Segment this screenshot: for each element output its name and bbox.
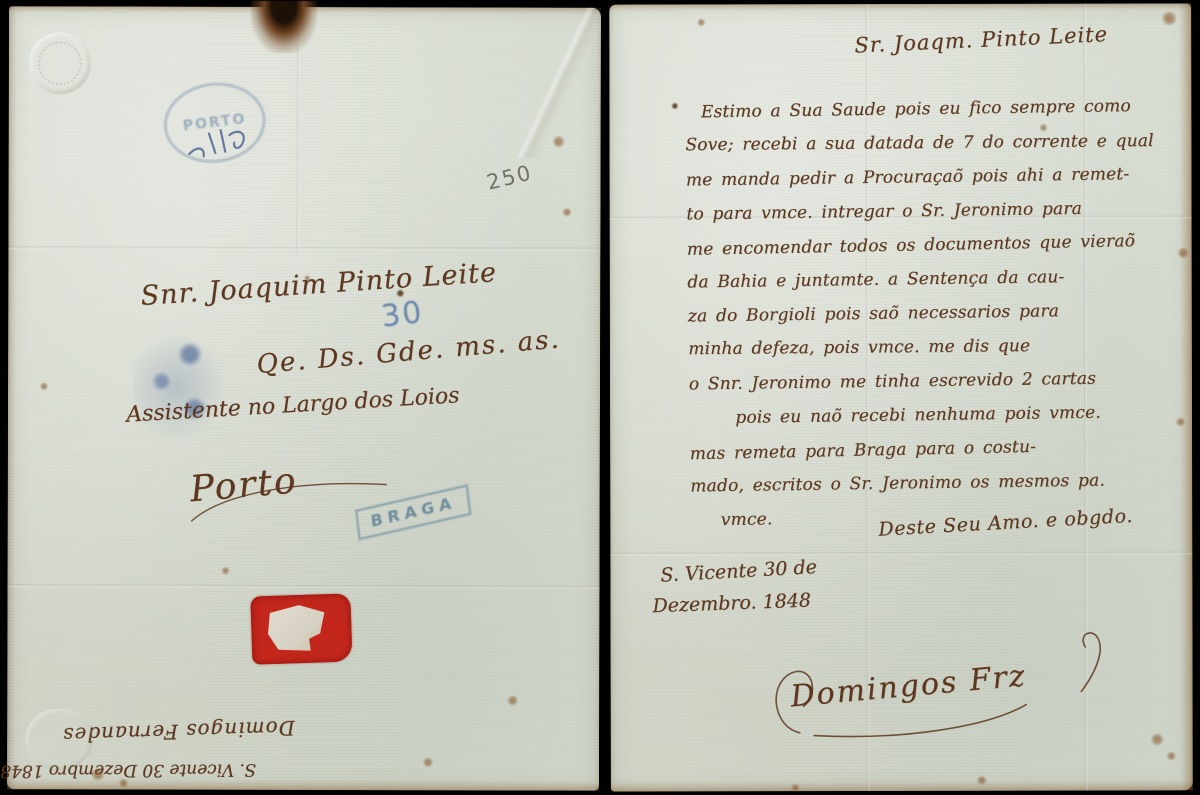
foxing-spot bbox=[977, 776, 987, 785]
letter-dateline-date: Dezembro. 1848 bbox=[652, 589, 811, 617]
address-line-2: Qe. Ds. Gde. ms. as. bbox=[255, 324, 561, 380]
ink-blot bbox=[671, 102, 678, 109]
blue-ink-scribble bbox=[182, 118, 256, 162]
foxing-spot bbox=[562, 208, 571, 217]
paper-tear bbox=[251, 1, 317, 53]
foxing-spot bbox=[507, 696, 518, 706]
foxing-spot bbox=[697, 18, 705, 26]
signature-block: Domingos Frz bbox=[759, 624, 1126, 756]
fold-crease bbox=[516, 8, 601, 158]
letter-dateline-place: S. Vicente 30 de bbox=[660, 556, 818, 586]
letter-line: Estimo a Sua Saude pois eu fico sempre c… bbox=[701, 88, 1190, 129]
fold-crease bbox=[8, 246, 600, 251]
letter-address-page: PORTO 250 Snr. Joaquim Pinto Leite 30 Qe… bbox=[7, 6, 601, 791]
address-line-3: Assistente no Largo dos Loios bbox=[126, 383, 461, 427]
postal-rate-mark: 30 bbox=[379, 295, 425, 335]
edge-toning bbox=[609, 3, 1191, 11]
red-wax-seal bbox=[250, 593, 352, 664]
foxing-spot bbox=[1151, 733, 1164, 745]
scan-background: PORTO 250 Snr. Joaquim Pinto Leite 30 Qe… bbox=[0, 0, 1200, 795]
letter-line: minha defeza, pois vmce. me dis que bbox=[688, 328, 1193, 367]
letter-line: me manda pedir a Procuraçaõ pois ahi a r… bbox=[686, 156, 1191, 197]
fold-crease bbox=[296, 7, 300, 251]
foxing-spot bbox=[1161, 11, 1177, 25]
wax-seal-torn-center bbox=[265, 602, 329, 654]
porto-oval-postmark: PORTO bbox=[159, 77, 270, 169]
edge-toning bbox=[9, 6, 601, 15]
foxing-spot bbox=[1167, 751, 1176, 760]
fold-crease bbox=[8, 584, 600, 589]
embossed-mark bbox=[25, 708, 93, 770]
pencil-collector-number: 250 bbox=[484, 160, 534, 194]
fold-crease bbox=[610, 551, 1192, 555]
foxing-spot bbox=[423, 757, 433, 767]
foxing-spot bbox=[222, 567, 230, 575]
embossed-paper-seal-icon bbox=[29, 32, 91, 94]
letter-text-page: Sr. Joaqm. Pinto Leite Estimo a Sua Saud… bbox=[609, 3, 1193, 791]
address-line-1: Snr. Joaquim Pinto Leite bbox=[140, 257, 498, 312]
letter-line: Sove; recebi a sua datada de 7 do corren… bbox=[685, 124, 1190, 163]
edge-toning bbox=[611, 780, 1193, 791]
foxing-spot bbox=[40, 382, 48, 390]
foxing-spot bbox=[791, 784, 800, 791]
letter-salutation: Sr. Joaqm. Pinto Leite bbox=[854, 22, 1109, 58]
letter-body: Estimo a Sua Saude pois eu fico sempre c… bbox=[685, 88, 1196, 537]
